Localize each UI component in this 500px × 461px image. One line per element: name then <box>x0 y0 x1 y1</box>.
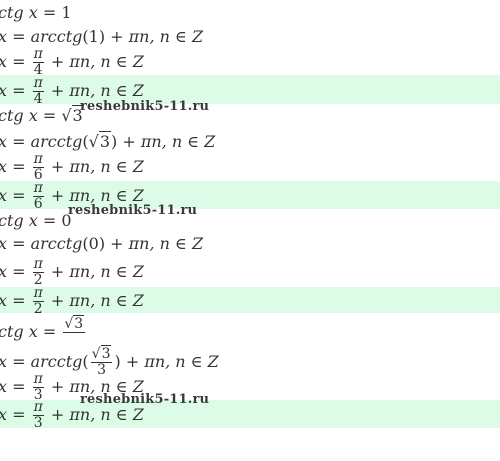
equation-3: ctg x = 0 <box>0 212 72 230</box>
fraction: π4 <box>33 77 44 106</box>
fraction: √3 <box>63 318 85 347</box>
equation-1: ctg x = 1 <box>0 4 72 22</box>
answer-4: x = π3 + πn, n ∈ Z <box>0 401 144 430</box>
fraction: π6 <box>33 153 44 182</box>
sqrt: √3 <box>92 348 112 361</box>
answer-3: x = π2 + πn, n ∈ Z <box>0 287 144 316</box>
watermark: reshebnik5-11.ru <box>80 99 209 114</box>
fraction: π2 <box>33 287 44 316</box>
fraction: π6 <box>33 182 44 211</box>
sqrt: √3 <box>61 107 83 125</box>
step1-1: x = arcctg(1) + πn, n ∈ Z <box>0 28 203 46</box>
watermark: reshebnik5-11.ru <box>68 203 197 218</box>
step2-3: x = π2 + πn, n ∈ Z <box>0 258 144 287</box>
sqrt: √3 <box>89 133 111 151</box>
fraction: π2 <box>33 258 44 287</box>
sqrt: √3 <box>64 318 84 331</box>
equation-2: ctg x = √3 <box>0 107 84 125</box>
step1-3: x = arcctg(0) + πn, n ∈ Z <box>0 235 203 253</box>
fraction: π3 <box>33 373 44 402</box>
step1-2: x = arcctg(√3) + πn, n ∈ Z <box>0 133 215 151</box>
fraction: π4 <box>33 48 44 77</box>
step2-1: x = π4 + πn, n ∈ Z <box>0 48 144 77</box>
fraction: π3 <box>33 401 44 430</box>
step2-2: x = π6 + πn, n ∈ Z <box>0 153 144 182</box>
equation-4: ctg x = √3 <box>0 318 87 347</box>
